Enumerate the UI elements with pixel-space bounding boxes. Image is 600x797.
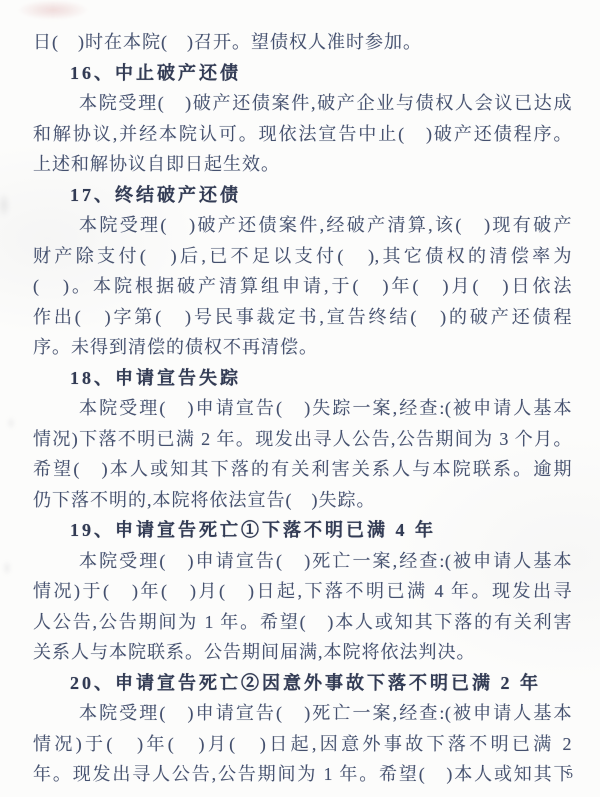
text-line: 情况)于( )年( )月( )日起,因意外事故下落不明已满 2 [33, 729, 572, 760]
text-line: 本院受理( )破产还债案件,破产企业与债权人会议已达成 [33, 88, 572, 119]
text-line: 情况)下落不明已满 2 年。现发出寻人公告,公告期间为 3 个月。 [33, 424, 572, 455]
text-line: 和解协议,并经本院认可。现依法宣告中止( )破产还债程序。 [33, 119, 572, 150]
section-heading: 20、申请宣告死亡②因意外事故下落不明已满 2 年 [70, 668, 572, 699]
text-block: 日( )时在本院( )召开。望债权人准时参加。16、中止破产还债本院受理( )破… [33, 27, 572, 790]
scan-smudge [6, 416, 16, 430]
red-ink-smudge [18, 0, 88, 20]
text-line: 序。未得到清偿的债权不再清偿。 [33, 332, 572, 363]
text-line: 年。现发出寻人公告,公告期间为 1 年。希望( )本人或知其下 [33, 759, 572, 790]
scan-smudge [2, 560, 12, 576]
text-line: 希望( )本人或知其下落的有关利害关系人与本院联系。逾期 [33, 454, 572, 485]
text-line: 本院受理( )破产还债案件,经破产清算,该( )现有破产 [33, 210, 572, 241]
text-line: 日( )时在本院( )召开。望债权人准时参加。 [33, 27, 572, 58]
scan-smudge [0, 192, 11, 218]
text-line: 上述和解协议自即日起生效。 [33, 149, 572, 180]
section-heading: 17、终结破产还债 [70, 180, 572, 211]
text-line: 本院受理( )申请宣告( )死亡一案,经查:(被申请人基本 [33, 546, 572, 577]
page-number: 5 [566, 767, 573, 783]
text-line: 财产除支付( )后,已不足以支付( ),其它债权的清偿率为 [33, 241, 572, 272]
text-line: 本院受理( )申请宣告( )死亡一案,经查:(被申请人基本 [33, 698, 572, 729]
section-heading: 19、申请宣告死亡①下落不明已满 4 年 [70, 515, 572, 546]
scanned-page: 日( )时在本院( )召开。望债权人准时参加。16、中止破产还债本院受理( )破… [0, 0, 600, 797]
section-heading: 18、申请宣告失踪 [70, 363, 572, 394]
text-line: 作出( )字第( )号民事裁定书,宣告终结( )的破产还债程 [33, 302, 572, 333]
section-heading: 16、中止破产还债 [70, 58, 572, 89]
text-line: 仍下落不明的,本院将依法宣告( )失踪。 [33, 485, 572, 516]
text-line: 人公告,公告期间为 1 年。希望( )本人或知其下落的有关利害 [33, 607, 572, 638]
text-line: ( )。本院根据破产清算组申请,于( )年( )月( )日依法 [33, 271, 572, 302]
text-line: 本院受理( )申请宣告( )失踪一案,经查:(被申请人基本 [33, 393, 572, 424]
text-line: 关系人与本院联系。公告期间届满,本院将依法判决。 [33, 637, 572, 668]
text-line: 情况)于( )年( )月( )日起,下落不明已满 4 年。现发出寻 [33, 576, 572, 607]
